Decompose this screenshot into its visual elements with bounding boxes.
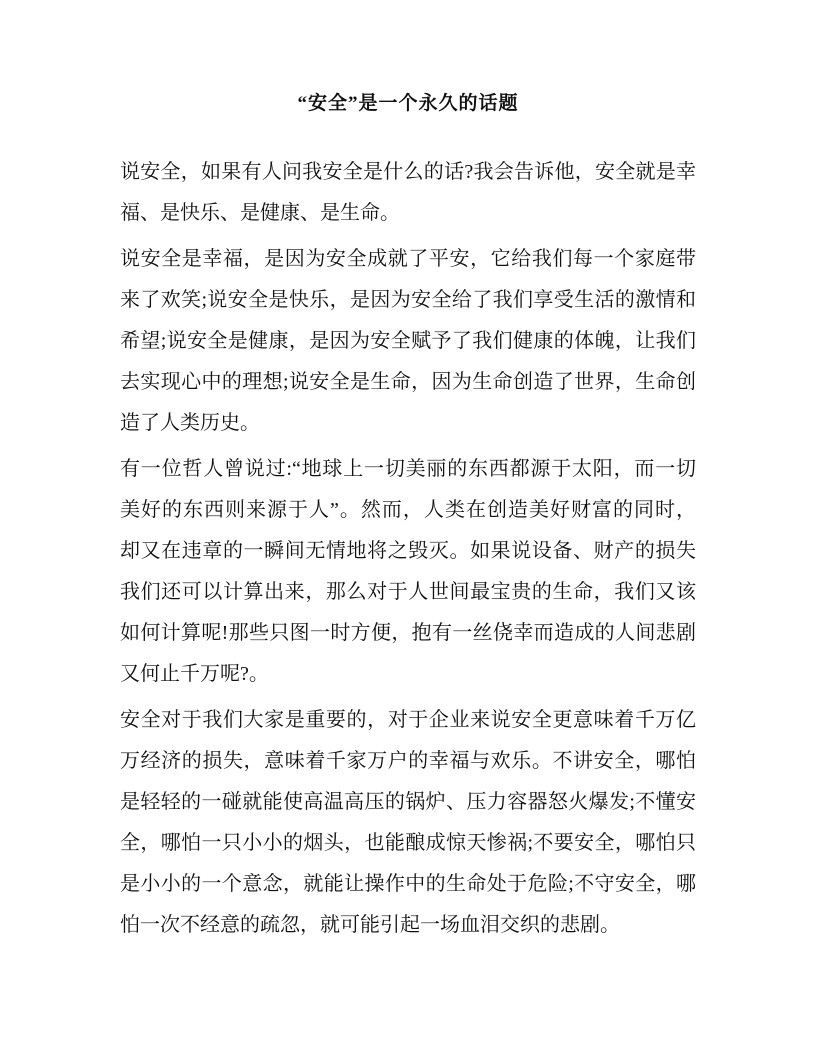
text-line: 如何计算呢!那些只图一时方便，抱有一丝侥幸而造成的人间悲剧 [120,613,696,654]
paragraph: 安全对于我们大家是重要的，对于企业来说安全更意味着千万亿万经济的损失，意味着千家… [120,700,696,946]
document-page: “安全”是一个永久的话题 说安全，如果有人问我安全是什么的话?我会告诉他，安全就… [0,0,816,1056]
text-line: 怕一次不经意的疏忽，就可能引起一场血泪交织的悲剧。 [120,905,696,946]
text-line: 说安全，如果有人问我安全是什么的话?我会告诉他，安全就是幸 [120,152,696,193]
text-line: 去实现心中的理想;说安全是生命，因为生命创造了世界，生命创 [120,362,696,403]
document-body: 说安全，如果有人问我安全是什么的话?我会告诉他，安全就是幸福、是快乐、是健康、是… [120,152,696,946]
text-line: 又何止千万呢?。 [120,654,696,695]
text-line: 有一位哲人曾说过:“地球上一切美丽的东西都源于太阳，而一切 [120,449,696,490]
document-title: “安全”是一个永久的话题 [120,90,696,118]
paragraph: 有一位哲人曾说过:“地球上一切美丽的东西都源于太阳，而一切美好的东西则来源于人”… [120,449,696,695]
text-line: 希望;说安全是健康，是因为安全赋予了我们健康的体魄，让我们 [120,321,696,362]
text-line: 全，哪怕一只小小的烟头，也能酿成惊天惨祸;不要安全，哪怕只 [120,823,696,864]
text-line: 美好的东西则来源于人”。然而，人类在创造美好财富的同时， [120,490,696,531]
text-line: 福、是快乐、是健康、是生命。 [120,193,696,234]
paragraph: 说安全，如果有人问我安全是什么的话?我会告诉他，安全就是幸福、是快乐、是健康、是… [120,152,696,234]
text-line: 却又在违章的一瞬间无情地将之毁灭。如果说设备、财产的损失 [120,531,696,572]
text-line: 来了欢笑;说安全是快乐，是因为安全给了我们享受生活的激情和 [120,280,696,321]
text-line: 是轻轻的一碰就能使高温高压的锅炉、压力容器怒火爆发;不懂安 [120,782,696,823]
text-line: 是小小的一个意念，就能让操作中的生命处于危险;不守安全，哪 [120,864,696,905]
paragraph: 说安全是幸福，是因为安全成就了平安，它给我们每一个家庭带来了欢笑;说安全是快乐，… [120,239,696,444]
text-line: 造了人类历史。 [120,403,696,444]
text-line: 安全对于我们大家是重要的，对于企业来说安全更意味着千万亿 [120,700,696,741]
text-line: 说安全是幸福，是因为安全成就了平安，它给我们每一个家庭带 [120,239,696,280]
text-line: 我们还可以计算出来，那么对于人世间最宝贵的生命，我们又该 [120,572,696,613]
text-line: 万经济的损失，意味着千家万户的幸福与欢乐。不讲安全，哪怕 [120,741,696,782]
